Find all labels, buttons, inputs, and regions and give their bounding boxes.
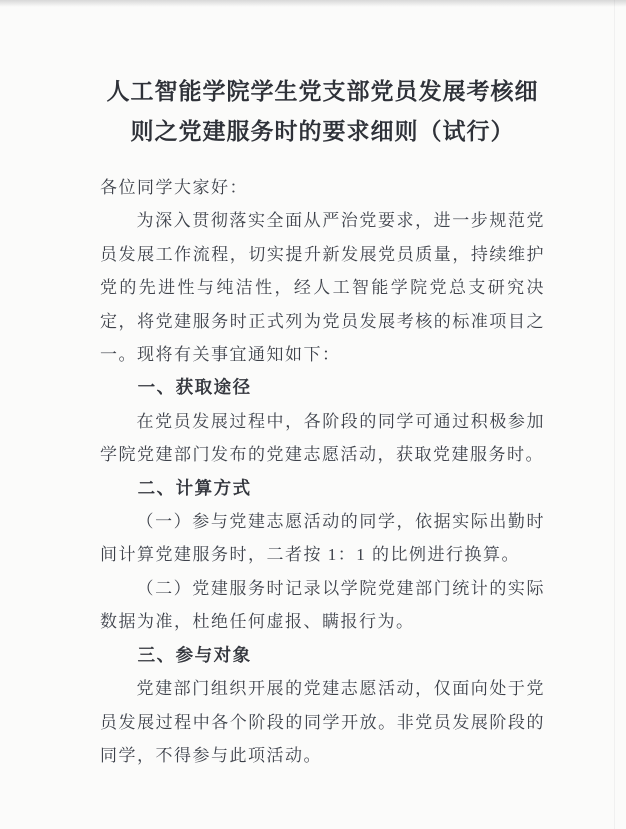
section-heading-2: 二、计算方式 — [100, 472, 545, 505]
intro-paragraph: 为深入贯彻落实全面从严治党要求，进一步规范党员发展工作流程，切实提升新发展党员质… — [100, 204, 545, 371]
section-1-paragraph-1: 在党员发展过程中，各阶段的同学可通过积极参加学院党建部门发布的党建志愿活动，获取… — [100, 405, 545, 472]
page-title: 人工智能学院学生党支部党员发展考核细 则之党建服务时的要求细则（试行） — [100, 71, 545, 151]
page-title-line-1: 人工智能学院学生党支部党员发展考核细 — [100, 71, 545, 111]
section-2-paragraph-2: （二）党建服务时记录以学院党建部门统计的实际数据为准，杜绝任何虚报、瞒报行为。 — [100, 572, 545, 639]
document-body: 各位同学大家好： 为深入贯彻落实全面从严治党要求，进一步规范党员发展工作流程，切… — [100, 171, 545, 772]
section-3-paragraph-1: 党建部门组织开展的党建志愿活动，仅面向处于党员发展过程中各个阶段的同学开放。非党… — [100, 672, 545, 772]
section-2-paragraph-1: （一）参与党建志愿活动的同学，依据实际出勤时间计算党建服务时，二者按 1：1 的… — [100, 505, 545, 572]
greeting-text: 各位同学大家好： — [100, 171, 545, 204]
section-heading-3: 三、参与对象 — [100, 639, 545, 672]
section-heading-1: 一、获取途径 — [100, 371, 545, 404]
page-title-line-2: 则之党建服务时的要求细则（试行） — [100, 111, 545, 151]
document-page: 人工智能学院学生党支部党员发展考核细 则之党建服务时的要求细则（试行） 各位同学… — [0, 0, 626, 829]
